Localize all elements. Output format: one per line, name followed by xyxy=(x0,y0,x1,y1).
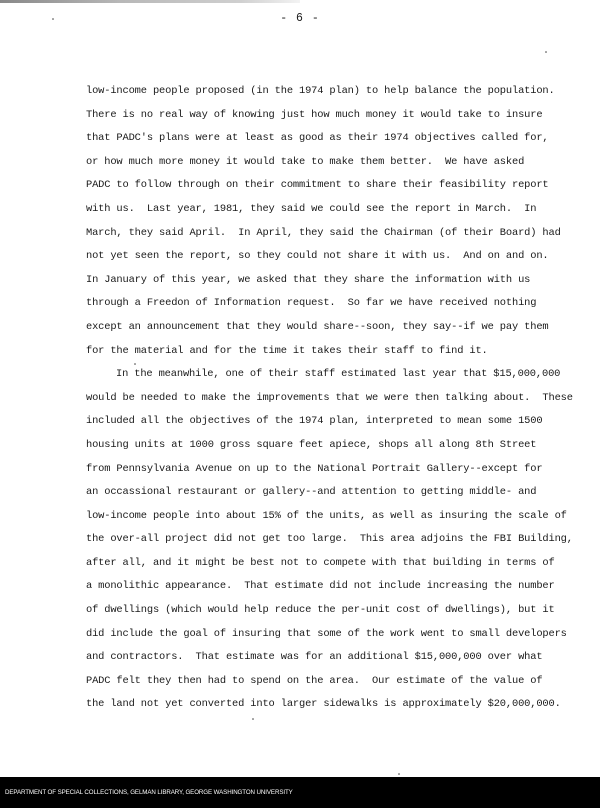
text-line: the land not yet converted into larger s… xyxy=(86,693,566,717)
text-line: PADC to follow through on their commitme… xyxy=(86,174,566,198)
paragraph-first-line: In the meanwhile, one of their staff est… xyxy=(86,363,566,387)
text-line: low-income people proposed (in the 1974 … xyxy=(86,80,566,104)
archive-footer-bar: DEPARTMENT OF SPECIAL COLLECTIONS, GELMA… xyxy=(0,777,600,808)
archive-credit: DEPARTMENT OF SPECIAL COLLECTIONS, GELMA… xyxy=(5,789,293,796)
text-line: that PADC's plans were at least as good … xyxy=(86,127,566,151)
document-body: low-income people proposed (in the 1974 … xyxy=(86,80,566,717)
text-line: through a Freedon of Information request… xyxy=(86,292,566,316)
text-line: would be needed to make the improvements… xyxy=(86,387,566,411)
text-line: included all the objectives of the 1974 … xyxy=(86,410,566,434)
text-line: with us. Last year, 1981, they said we c… xyxy=(86,198,566,222)
scan-speck xyxy=(398,773,400,775)
text-line: not yet seen the report, so they could n… xyxy=(86,245,566,269)
text-line: an occassional restaurant or gallery--an… xyxy=(86,481,566,505)
text-line: except an announcement that they would s… xyxy=(86,316,566,340)
text-line: after all, and it might be best not to c… xyxy=(86,552,566,576)
text-line: low-income people into about 15% of the … xyxy=(86,505,566,529)
text-line: PADC felt they then had to spend on the … xyxy=(86,670,566,694)
text-line: did include the goal of insuring that so… xyxy=(86,623,566,647)
text-line: In January of this year, we asked that t… xyxy=(86,269,566,293)
text-line: and contractors. That estimate was for a… xyxy=(86,646,566,670)
text-line: for the material and for the time it tak… xyxy=(86,340,566,364)
text-line: from Pennsylvania Avenue on up to the Na… xyxy=(86,458,566,482)
scan-speck xyxy=(52,18,54,20)
text-line: of dwellings (which would help reduce th… xyxy=(86,599,566,623)
text-line: There is no real way of knowing just how… xyxy=(86,104,566,128)
scan-speck xyxy=(252,718,254,720)
text-line: or how much more money it would take to … xyxy=(86,151,566,175)
text-line: the over-all project did not get too lar… xyxy=(86,528,566,552)
scan-speck xyxy=(545,51,547,53)
text-line: March, they said April. In April, they s… xyxy=(86,222,566,246)
text-line: housing units at 1000 gross square feet … xyxy=(86,434,566,458)
text-line: a monolithic appearance. That estimate d… xyxy=(86,575,566,599)
scan-edge-mark xyxy=(0,0,300,3)
page-number: - 6 - xyxy=(0,12,600,25)
